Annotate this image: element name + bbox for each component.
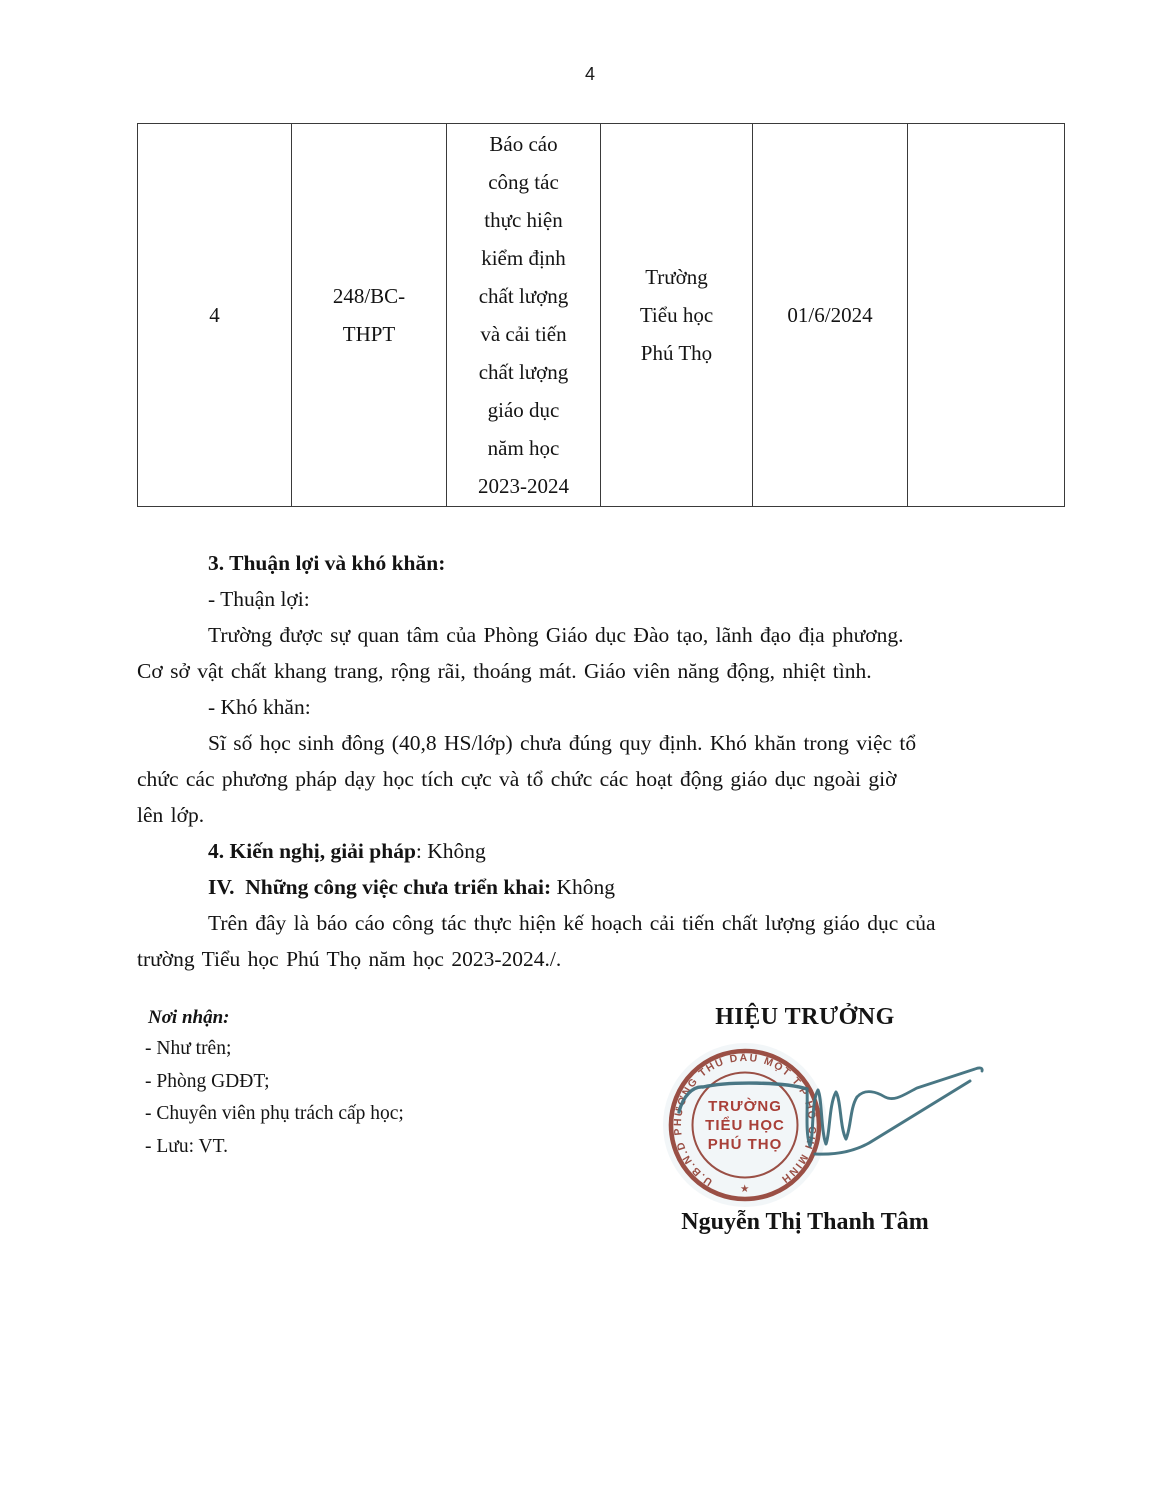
table-cell-empty <box>908 124 1065 507</box>
page-number: 4 <box>530 64 650 85</box>
signature-stroke-upper-flourish <box>857 1068 982 1099</box>
table-row: 4 248/BC- THPT Báo cáo công tác thực hiệ… <box>138 124 1065 507</box>
heading-kien-nghi: 4. Kiến nghị, giải pháp: Không <box>137 833 1072 869</box>
paragraph-kho-khan: Sĩ số học sinh đông (40,8 HS/lớp) chưa đ… <box>137 725 1072 833</box>
label-thuan-loi: - Thuận lợi: <box>137 581 1072 617</box>
recipient-item: - Như trên; <box>145 1033 404 1066</box>
heading-chua-trien-khai-value: Không <box>551 875 615 899</box>
heading-thuan-loi-kho-khan: 3. Thuận lợi và khó khăn: <box>137 545 1072 581</box>
table-cell-don-vi: Trường Tiểu học Phú Thọ <box>601 124 753 507</box>
paragraph-closing: Trên đây là báo cáo công tác thực hiện k… <box>137 905 1072 977</box>
report-table: 4 248/BC- THPT Báo cáo công tác thực hiệ… <box>137 123 1065 507</box>
table-cell-ngay: 01/6/2024 <box>753 124 908 507</box>
heading-chua-trien-khai-bold: IV. Những công việc chưa triển khai: <box>208 875 551 899</box>
signer-title: HIỆU TRƯỞNG <box>705 1004 905 1031</box>
heading-chua-trien-khai: IV. Những công việc chưa triển khai: Khô… <box>137 869 1072 905</box>
main-text: 3. Thuận lợi và khó khăn: - Thuận lợi: T… <box>137 545 1072 977</box>
heading-kien-nghi-bold: 4. Kiến nghị, giải pháp <box>208 839 416 863</box>
recipients-block: Nơi nhận: - Như trên; - Phòng GDĐT; - Ch… <box>145 1003 404 1163</box>
handwritten-signature <box>655 1040 1000 1175</box>
table-cell-ten-bao-cao: Báo cáo công tác thực hiện kiểm định chấ… <box>447 124 601 507</box>
signature-stroke-zigzag <box>807 1089 857 1146</box>
recipients-title: Nơi nhận: <box>148 1003 404 1033</box>
paragraph-thuan-loi: Trường được sự quan tâm của Phòng Giáo d… <box>137 617 1072 689</box>
stamp-star-icon: ★ <box>740 1183 750 1195</box>
signer-name: Nguyễn Thị Thanh Tâm <box>650 1209 960 1236</box>
recipient-item: - Chuyên viên phụ trách cấp học; <box>145 1098 404 1131</box>
document-page: 4 4 248/BC- THPT Báo cáo công tác thực h… <box>0 0 1160 1500</box>
heading-kien-nghi-value: : Không <box>416 839 486 863</box>
signature-stroke-lower-line <box>815 1081 970 1154</box>
label-kho-khan: - Khó khăn: <box>137 689 1072 725</box>
recipient-item: - Lưu: VT. <box>145 1131 404 1164</box>
signature-stroke-horizontal <box>679 1083 807 1112</box>
table-cell-so-hieu: 248/BC- THPT <box>292 124 447 507</box>
table-cell-stt: 4 <box>138 124 292 507</box>
recipient-item: - Phòng GDĐT; <box>145 1066 404 1099</box>
